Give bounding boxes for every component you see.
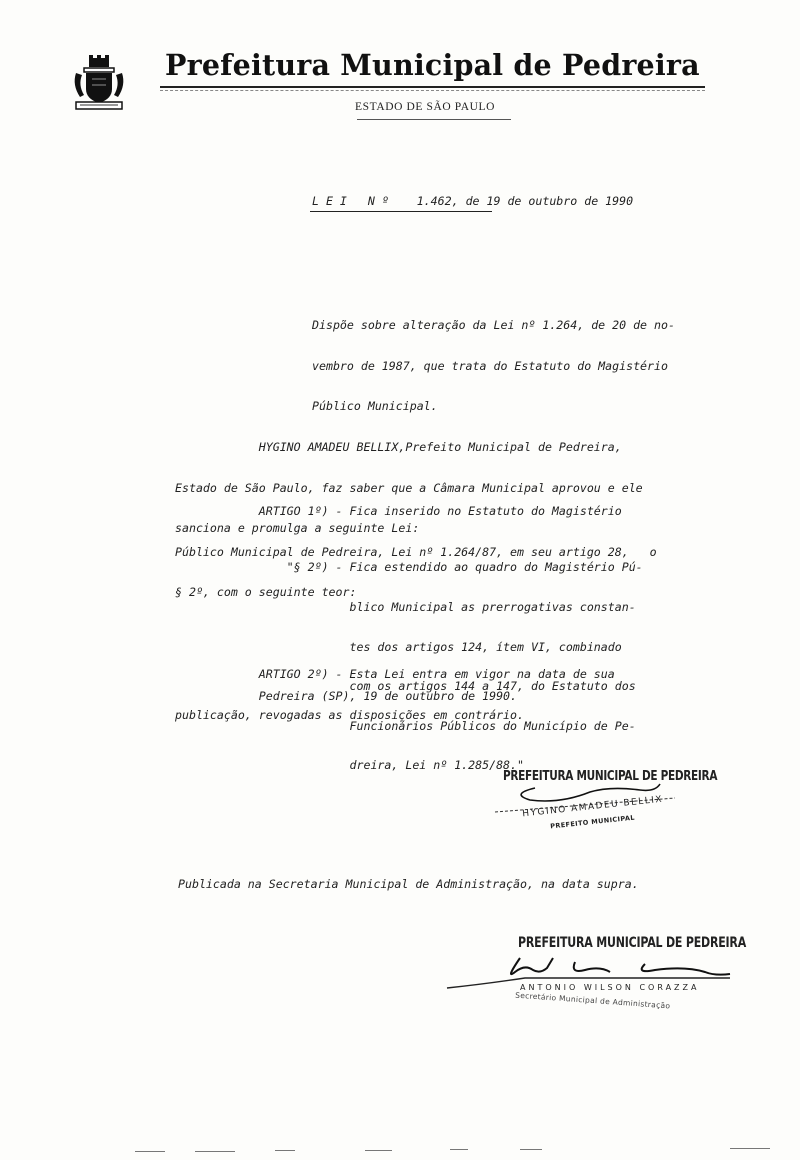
text-line: blico Municipal as prerrogativas constan…	[175, 601, 643, 614]
law-date: , de 19 de outubro de 1990	[452, 194, 633, 208]
coat-of-arms-icon	[70, 55, 128, 113]
page-title: Prefeitura Municipal de Pedreira	[165, 48, 705, 82]
law-heading: L E I N º 1.462, de 19 de outubro de 199…	[312, 195, 633, 208]
subtitle-underline	[357, 119, 511, 120]
header-divider	[160, 86, 705, 88]
law-heading-underline	[310, 211, 492, 212]
secretary-name: ANTONIO WILSON CORAZZA	[520, 983, 699, 992]
text-line: Dispõe sobre alteração da Lei nº 1.264, …	[312, 319, 675, 333]
text-line: publicação, revogadas as disposições em …	[175, 709, 615, 723]
page-subtitle: ESTADO DE SÃO PAULO	[355, 101, 525, 113]
publication-note: Publicada na Secretaria Municipal de Adm…	[178, 878, 639, 891]
dateline: Pedreira (SP), 19 de outubro de 1990.	[175, 690, 517, 703]
text-line: vembro de 1987, que trata do Estatuto do…	[312, 360, 675, 374]
text-line: ARTIGO 1º) - Fica inserido no Estatuto d…	[175, 505, 657, 519]
scan-noise	[0, 1148, 800, 1154]
text-line: ARTIGO 2º) - Esta Lei entra em vigor na …	[175, 668, 615, 682]
text-line: HYGINO AMADEU BELLIX,Prefeito Municipal …	[175, 441, 643, 455]
secretary-stamp: PREFEITURA MUNICIPAL DE PEDREIRA	[518, 934, 746, 951]
law-document-page: Prefeitura Municipal de Pedreira ESTADO …	[0, 0, 800, 1160]
header-divider-thin	[160, 90, 705, 91]
law-number: L E I N º 1.462	[312, 194, 452, 208]
text-line: "§ 2º) - Fica estendido ao quadro do Mag…	[175, 561, 643, 574]
text-line: Público Municipal.	[312, 400, 675, 414]
